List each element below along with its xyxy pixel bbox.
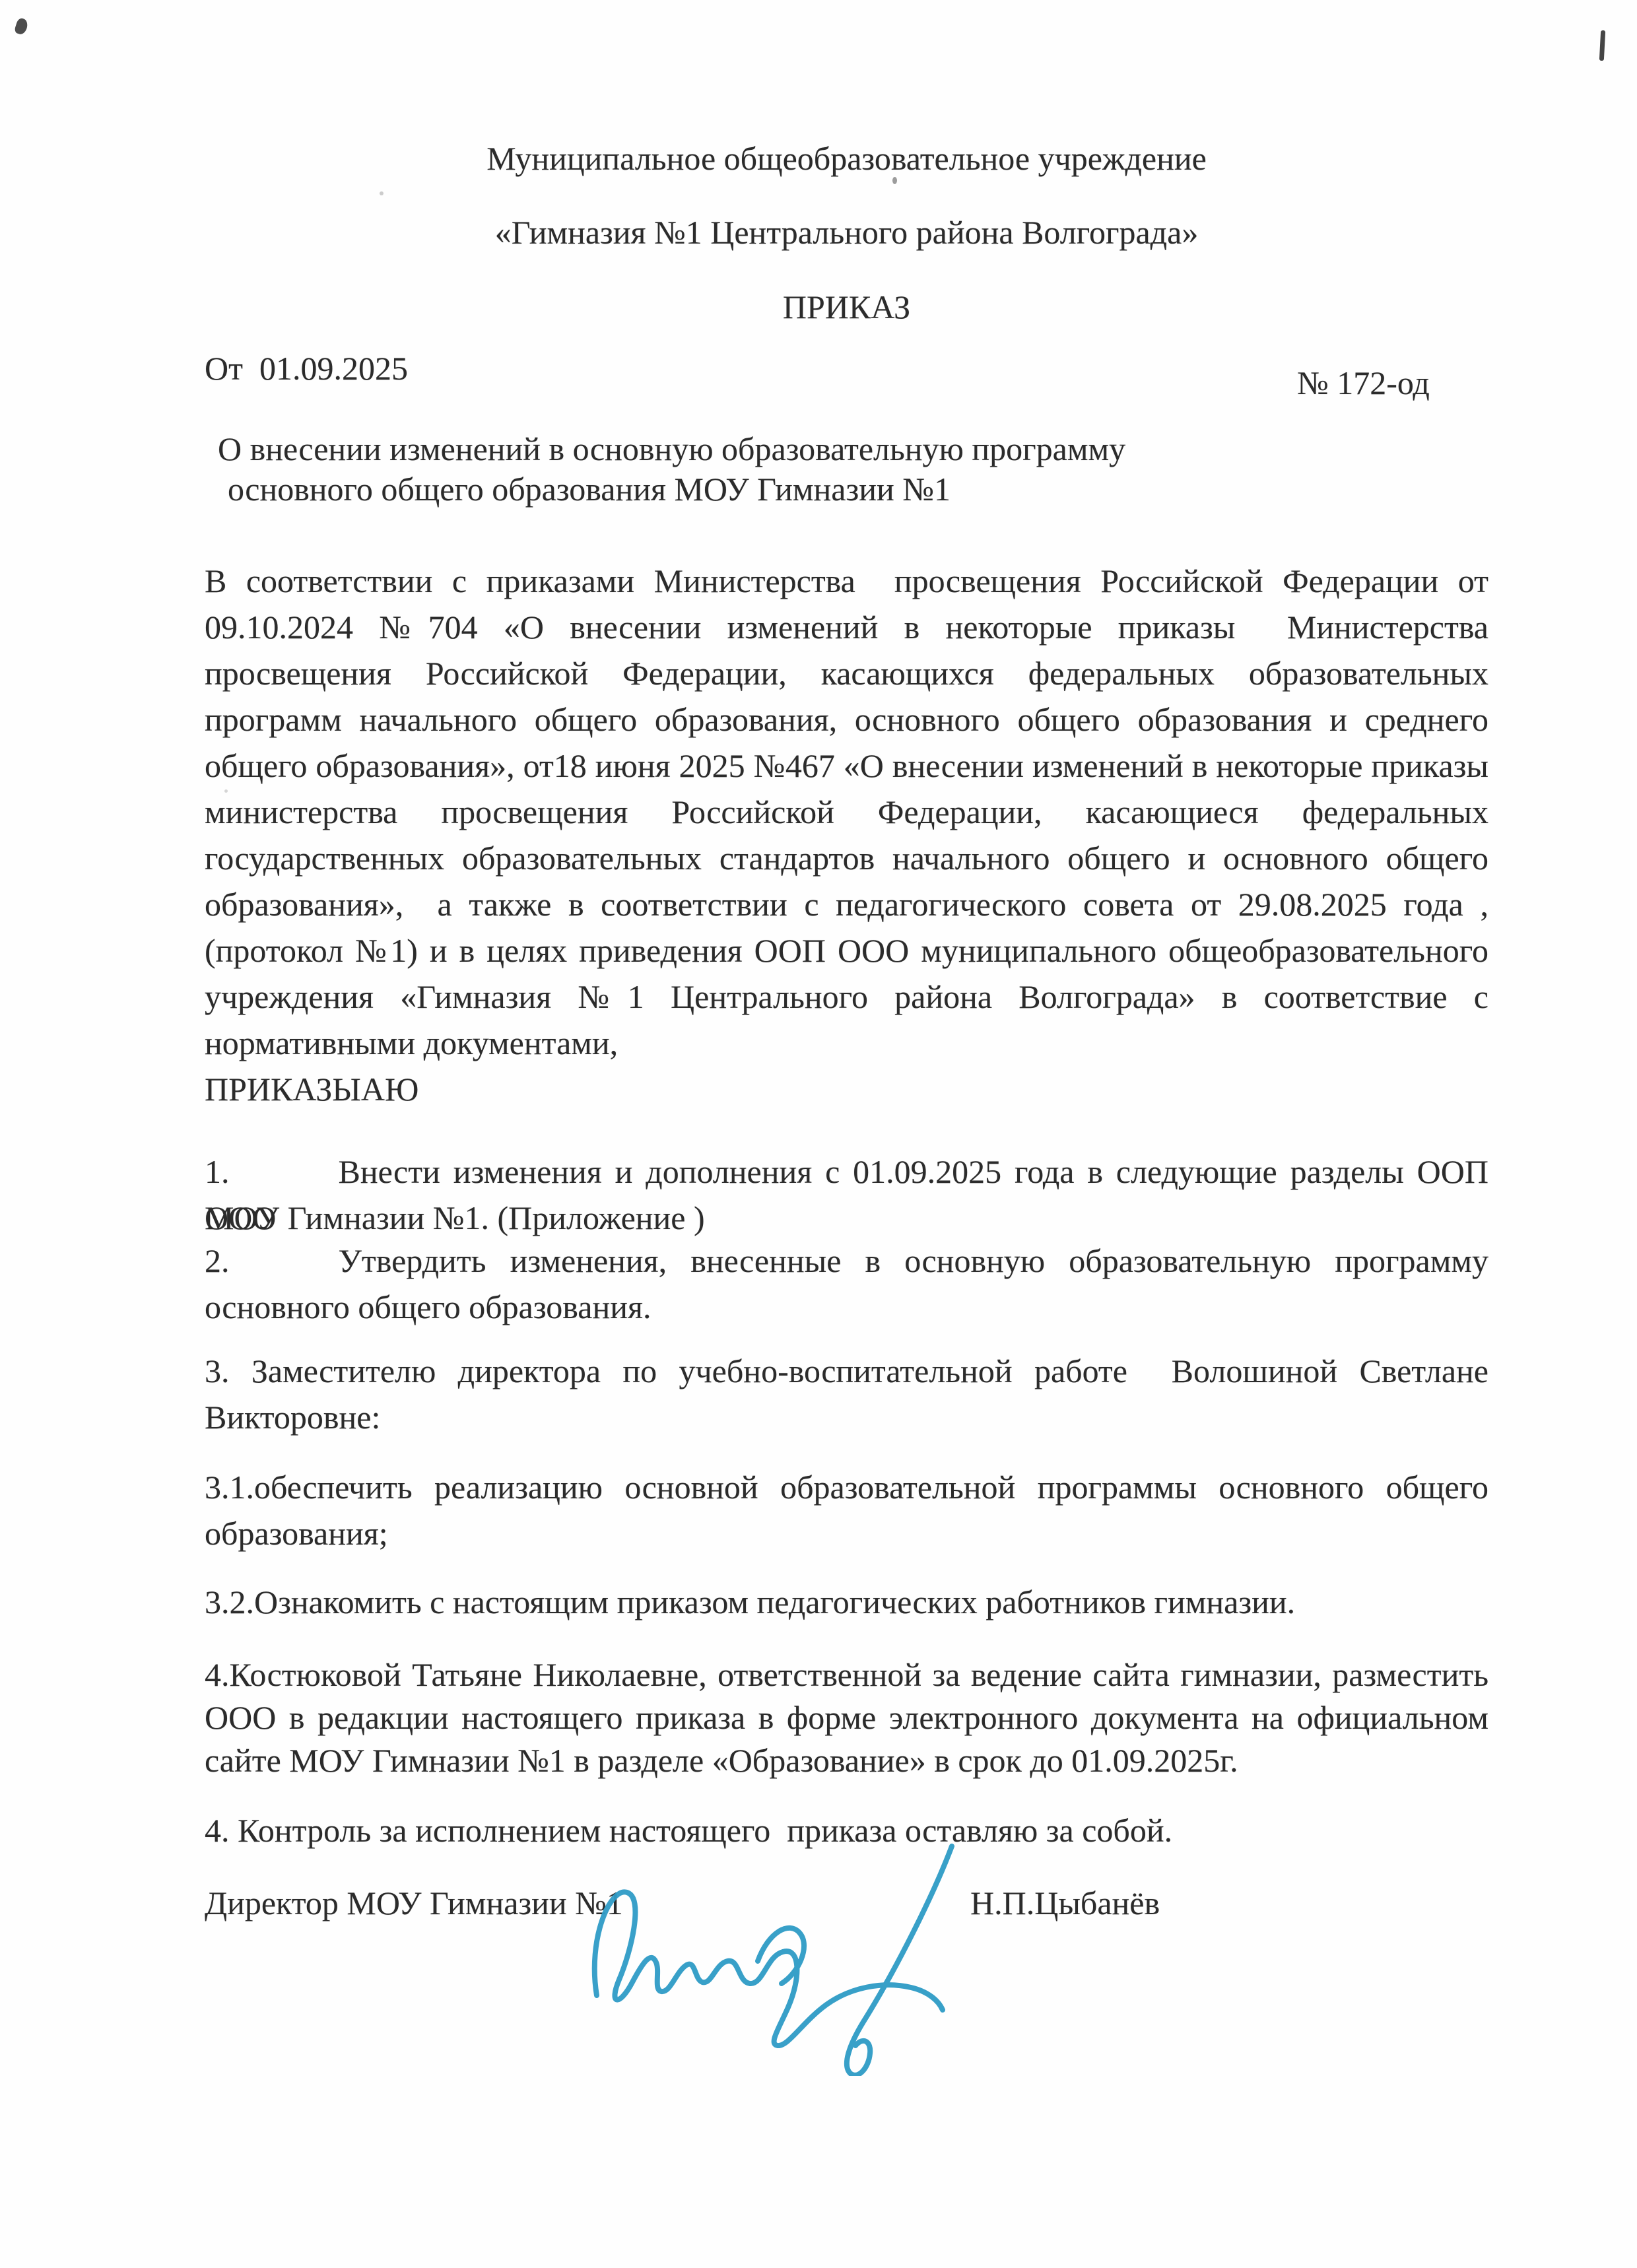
order-item-3-line-2: Викторовне: [205,1394,1488,1440]
director-signature [581,1832,1043,2076]
order-item-2-line-1: 2.Утвердить изменения, внесенные в основ… [205,1238,1488,1284]
order-item-4-line-1: 4.Костюковой Татьяне Николаевне, ответст… [205,1653,1488,1696]
order-item-3-1-line-1: 3.1.обеспечить реализацию основной образ… [205,1464,1488,1510]
preamble-line: образования», а также в соответствии с п… [205,881,1488,927]
order-item-1-line-2: МОУ Гимназии №1. (Приложение ) [205,1195,1488,1241]
order-item-4-line-2: ООО в редакции настоящего приказа в форм… [205,1696,1488,1739]
order-item-3-line-1: 3. Заместителю директора по учебно-воспи… [205,1348,1488,1394]
resolution-heading: ПРИКАЗЫАЮ [205,1066,1488,1112]
preamble-line: просвещения Российской Федерации, касающ… [205,650,1488,696]
order-item-4-line-3: сайте МОУ Гимназии №1 в разделе «Образов… [205,1739,1488,1782]
scan-speck [14,17,30,36]
scan-speck [380,191,384,195]
signature-name: Н.П.Цыбанёв [970,1880,1498,1926]
preamble-line: нормативными документами, [205,1020,1488,1066]
order-number: № 172-од [1297,360,1574,406]
preamble-line: 09.10.2024 №704 «О внесении изменений в … [205,604,1488,650]
preamble-line: программ начального общего образования, … [205,696,1488,743]
doc-type-title: ПРИКАЗ [205,284,1488,330]
scanned-order-page: Муниципальное общеобразовательное учрежд… [0,0,1637,2268]
order-item-3-2-line-1: 3.2.Ознакомить с настоящим приказом педа… [205,1579,1488,1625]
subject-line-1: О внесении изменений в основную образова… [205,426,1502,472]
school-name-line: «Гимназия №1 Центрального района Волгогр… [205,209,1488,255]
subject-line-2: основного общего образования МОУ Гимнази… [205,466,1512,512]
preamble-line: общего образования», от18 июня 2025 №467… [205,743,1488,789]
order-item-2-text: Утвердить изменения, внесенные в основну… [339,1242,1489,1279]
order-item-2-line-2: основного общего образования. [205,1284,1488,1330]
preamble-line: учреждения «Гимназия №1 Центрального рай… [205,974,1488,1020]
preamble-line: министерства просвещения Российской Феде… [205,789,1488,835]
preamble-line: государственных образовательных стандарт… [205,835,1488,881]
order-item-1-number: 1. [205,1149,230,1195]
order-item-2-number: 2. [205,1238,230,1284]
order-item-3-1-line-2: образования; [205,1510,1488,1556]
order-date: От 01.09.2025 [205,345,799,391]
scan-speck [1599,30,1605,61]
org-name-line: Муниципальное общеобразовательное учрежд… [205,135,1488,182]
preamble-line: (протокол №1) и в целях приведения ООП О… [205,927,1488,974]
preamble-line: В соответствии с приказами Министерства … [205,558,1488,604]
